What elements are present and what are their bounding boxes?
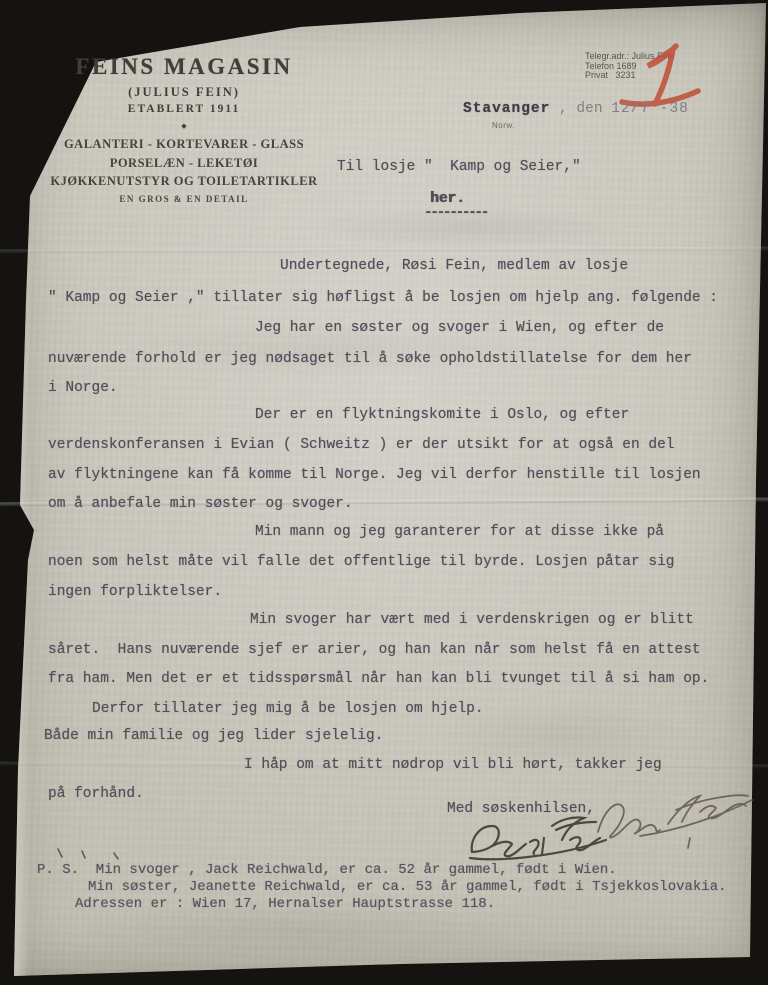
body-line: Undertegnede, Røsi Fein, medlem av losje <box>280 258 628 274</box>
body-line: om å anbefale min søster og svoger. <box>48 496 353 512</box>
body-line: av flyktningene kan få komme til Norge. … <box>48 467 701 483</box>
body-line: Både min familie og jeg lider sjelelig. <box>44 728 383 744</box>
body-line: noen som helst måte vil falle det offent… <box>48 554 675 570</box>
dateline-date: 12/7 -38 <box>611 101 689 117</box>
postscript-line: P. S. Min svoger , Jack Reichwald, er ca… <box>37 862 617 878</box>
body-line: I håp om at mitt nødrop vil bli hørt, ta… <box>244 757 662 773</box>
dateline-note: Norw. <box>492 121 515 130</box>
company-name: FEINS MAGASIN <box>50 54 318 80</box>
signature-rosi-fein <box>440 800 640 870</box>
pen-tick-marks <box>52 845 142 863</box>
body-line: Derfor tillater jeg mig å be losjen om h… <box>92 701 484 717</box>
dateline-city: Stavanger <box>463 101 550 117</box>
body-line: Min mann og jeg garanterer for at disse … <box>255 524 664 540</box>
body-line: fra ham. Men det er et tidsspørsmål når … <box>48 671 709 687</box>
postscript-line: Adressen er : Wien 17, Hernalser Hauptst… <box>75 896 495 912</box>
product-categories: GALANTERI - KORTEVARER - GLASSPORSELÆN -… <box>50 137 318 189</box>
body-line: på forhånd. <box>48 786 144 802</box>
dateline: Stavanger , den 12/7 -38 <box>463 101 689 117</box>
postscript-line: Min søster, Jeanette Reichwald, er ca. 5… <box>88 879 727 895</box>
body-line: verdenskonferansen i Evian ( Schweitz ) … <box>48 437 675 453</box>
company-established: ETABLERT 1911 <box>50 103 318 115</box>
diamond-separator-icon: ◆ <box>50 122 318 130</box>
company-owner: (JULIUS FEIN) <box>50 85 318 100</box>
trade-note: EN GROS & EN DETAIL <box>50 194 318 204</box>
scanned-letter-page: FEINS MAGASIN (JULIUS FEIN) ETABLERT 191… <box>0 0 768 985</box>
body-line: Jeg har en søster og svoger i Wien, og e… <box>255 320 664 336</box>
body-line: i Norge. <box>48 380 118 396</box>
dateline-separator: , den <box>550 101 611 117</box>
letterhead: FEINS MAGASIN (JULIUS FEIN) ETABLERT 191… <box>50 54 318 204</box>
dashed-rule: ---------- <box>424 205 487 221</box>
recipient-line: Til losje " Kamp og Seier," <box>337 159 581 175</box>
body-line: ingen forpliktelser. <box>48 584 222 600</box>
product-category-line: KJØKKENUTSTYR OG TOILETARTIKLER <box>50 174 318 189</box>
body-line: " Kamp og Seier ," tillater sig høfligst… <box>48 290 718 306</box>
product-category-line: GALANTERI - KORTEVARER - GLASS <box>50 137 318 152</box>
body-line: nuværende forhold er jeg nødsaget til å … <box>48 351 692 367</box>
body-line: såret. Hans nuværende sjef er arier, og … <box>48 642 701 658</box>
body-line: Der er en flyktningskomite i Oslo, og ef… <box>255 407 629 423</box>
product-category-line: PORSELÆN - LEKETØI <box>50 156 318 171</box>
body-line: Min svoger har vært med i verdenskrigen … <box>250 612 694 628</box>
